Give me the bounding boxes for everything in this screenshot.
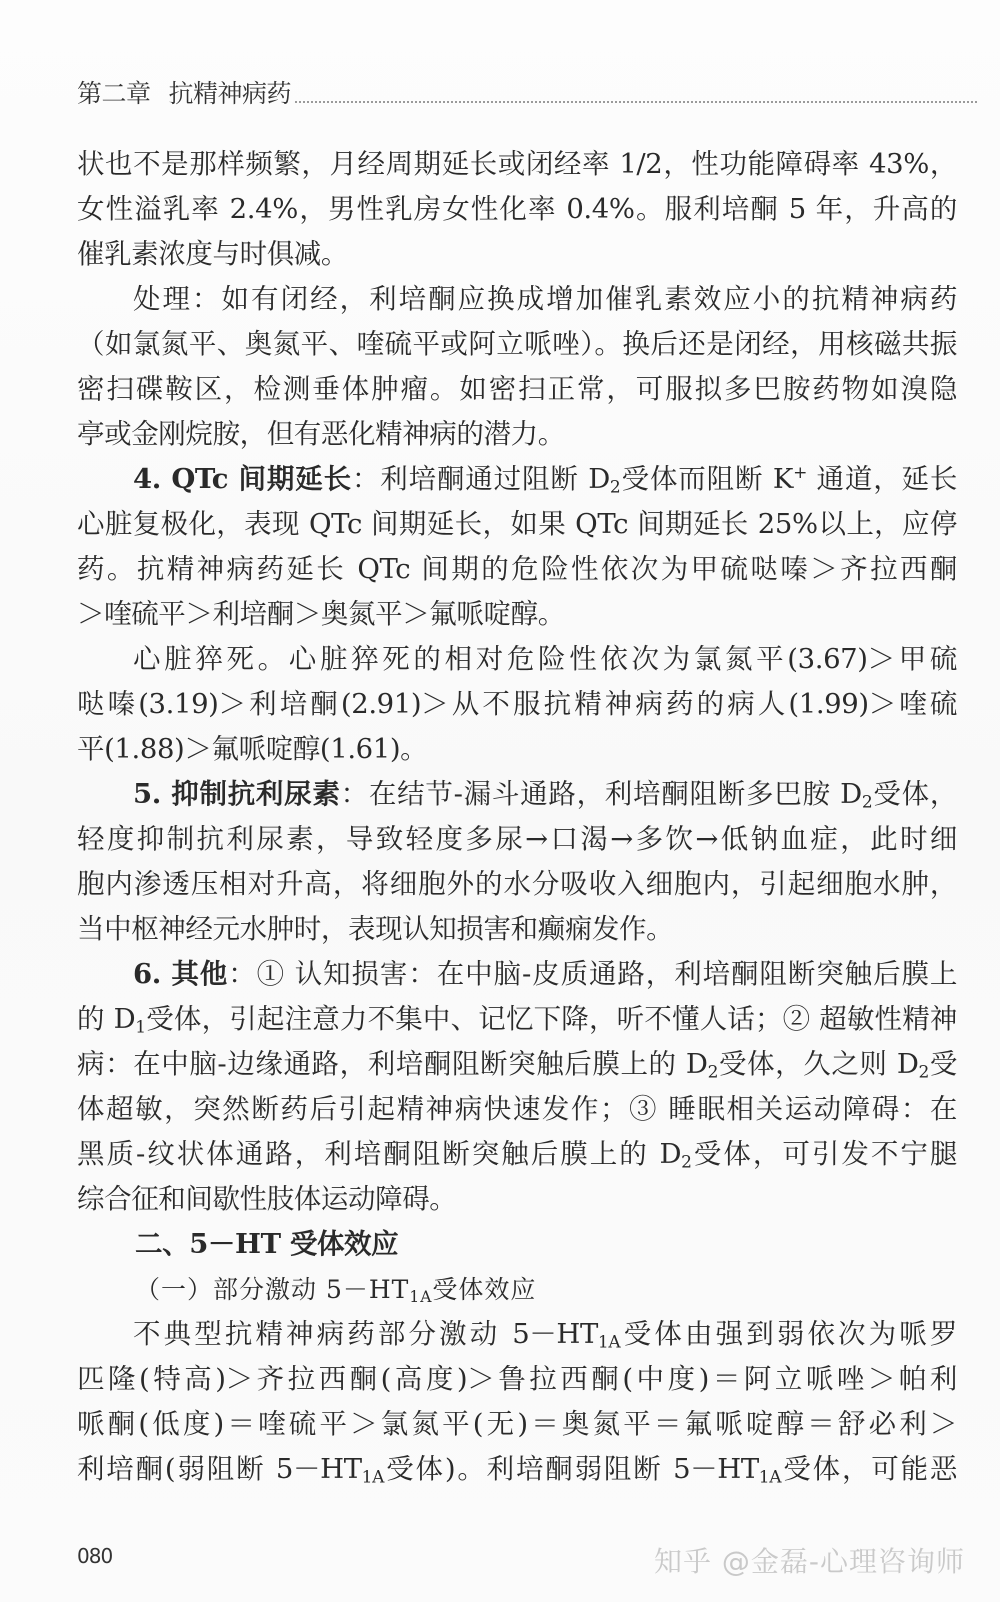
text-line: （如氯氮平、奥氮平、喹硫平或阿立哌唑）。换后还是闭经，用核磁共振 [77,322,957,367]
text-line: 哌酮(低度)＝喹硫平＞氯氮平(无)＝奥氮平＝氟哌啶醇＝舒必利＞ [77,1402,957,1447]
text-line: 女性溢乳率 2.4%，男性乳房女性化率 0.4%。服利培酮 5 年，升高的 [77,187,957,232]
watermark: 知乎 @金磊-心理咨询师 [654,1540,965,1580]
paragraph-prolactin-rates: 状也不是那样频繁，月经周期延长或闭经率 1/2，性功能障碍率 43%， 女性溢乳… [77,142,957,277]
page-number: 080 [77,1544,112,1568]
text-span: 受体)。利培酮弱阻断 5－HT [384,1453,759,1485]
subscript: 2 [708,1062,718,1082]
subscript: 2 [862,792,872,812]
text-line: 黑质-纹状体通路，利培酮阻断突触后膜上的 D2受体，可引发不宁腿 [77,1132,957,1177]
section-heading: 二、5－HT 受体效应 [77,1222,957,1267]
text-span: （一）部分激动 5－HT [135,1275,409,1304]
text-line: 不典型抗精神病药部分激动 5－HT1A受体由强到弱依次为哌罗 [77,1312,957,1357]
text-line: 5. 抑制抗利尿素：在结节-漏斗通路，利培酮阻断多巴胺 D2受体， [77,772,957,817]
paragraph-5ht1a-agonism: 不典型抗精神病药部分激动 5－HT1A受体由强到弱依次为哌罗 匹隆(特高)＞齐拉… [77,1312,957,1492]
text-line: 状也不是那样频繁，月经周期延长或闭经率 1/2，性功能障碍率 43%， [77,142,957,187]
paragraph-qtc-prolongation: 4. QTc 间期延长：利培酮通过阻断 D2受体而阻断 K+ 通道，延长 心脏复… [77,457,957,637]
subscript: 1A [409,1288,432,1306]
text-span: 受体，可引发不宁腿 [692,1138,957,1170]
body-text: 状也不是那样频繁，月经周期延长或闭经率 1/2，性功能障碍率 43%， 女性溢乳… [77,142,957,1492]
subscript: 2 [918,1062,928,1082]
text-line: 匹隆(特高)＞齐拉西酮(高度)＞鲁拉西酮(中度)＝阿立哌唑＞帕利 [77,1357,957,1402]
item-heading: 5. 抑制抗利尿素 [133,778,341,810]
text-span: 黑质-纹状体通路，利培酮阻断突触后膜上的 D [77,1138,681,1170]
text-span: ：① 认知损害：在中脑-皮质通路，利培酮阻断突触后膜上 [228,958,957,990]
text-span: 受体效应 [432,1275,536,1304]
text-line: 平(1.88)＞氟哌啶醇(1.61)。 [77,727,957,772]
subscript: 1A [759,1467,781,1487]
subscript: 1A [362,1467,384,1487]
subscript: 1 [135,1017,145,1037]
text-span: 受体，可能恶 [781,1453,957,1485]
text-span: 受体由强到弱依次为哌罗 [620,1318,957,1350]
subscript: 1A [598,1332,620,1352]
text-span: 不典型抗精神病药部分激动 5－HT [133,1318,598,1350]
text-line: 催乳素浓度与时俱减。 [77,232,957,277]
text-span: 受 [929,1048,957,1080]
text-line: 轻度抑制抗利尿素，导致轻度多尿→口渴→多饮→低钠血症，此时细 [77,817,957,862]
text-line: 当中枢神经元水肿时，表现认知损害和癫痫发作。 [77,907,957,952]
text-line: ＞喹硫平＞利培酮＞奥氮平＞氟哌啶醇。 [77,592,957,637]
text-span: 受体， [872,778,957,810]
paragraph-adh-suppression: 5. 抑制抗利尿素：在结节-漏斗通路，利培酮阻断多巴胺 D2受体， 轻度抑制抗利… [77,772,957,952]
text-line: 4. QTc 间期延长：利培酮通过阻断 D2受体而阻断 K+ 通道，延长 [77,457,957,502]
text-span: ：利培酮通过阻断 D [352,463,610,495]
text-line: 心脏复极化，表现 QTc 间期延长，如果 QTc 间期延长 25%以上，应停 [77,502,957,547]
leader-dots [295,101,977,103]
paragraph-cardiac-death: 心脏猝死。心脏猝死的相对危险性依次为氯氮平(3.67)＞甲硫 哒嗪(3.19)＞… [77,637,957,772]
text-span: 受体而阻断 K [620,463,793,495]
text-line: 6. 其他：① 认知损害：在中脑-皮质通路，利培酮阻断突触后膜上 [77,952,957,997]
text-line: 病：在中脑-边缘通路，利培酮阻断突触后膜上的 D2受体，久之则 D2受 [77,1042,957,1087]
item-heading: 4. QTc 间期延长 [133,463,352,495]
text-line: 综合征和间歇性肢体运动障碍。 [77,1177,957,1222]
paragraph-treatment: 处理：如有闭经，利培酮应换成增加催乳素效应小的抗精神病药 （如氯氮平、奥氮平、喹… [77,277,957,457]
text-span: ：在结节-漏斗通路，利培酮阻断多巴胺 D [341,778,862,810]
subscript: 2 [610,477,620,497]
text-line: 亭或金刚烷胺，但有恶化精神病的潜力。 [77,412,957,457]
text-line: 处理：如有闭经，利培酮应换成增加催乳素效应小的抗精神病药 [77,277,957,322]
text-span: 受体，引起注意力不集中、记忆下降，听不懂人话；② 超敏性精神 [146,1003,957,1035]
text-span: 受体，久之则 D [718,1048,918,1080]
superscript: + [793,463,807,483]
text-line: 的 D1受体，引起注意力不集中、记忆下降，听不懂人话；② 超敏性精神 [77,997,957,1042]
text-line: 密扫碟鞍区，检测垂体肿瘤。如密扫正常，可服拟多巴胺药物如溴隐 [77,367,957,412]
subsection-heading: （一）部分激动 5－HT1A受体效应 [77,1267,957,1312]
text-span: 病：在中脑-边缘通路，利培酮阻断突触后膜上的 D [77,1048,708,1080]
chapter-title: 抗精神病药 [169,74,292,110]
text-line: 药。抗精神病药延长 QTc 间期的危险性依次为甲硫哒嗪＞齐拉西酮 [77,547,957,592]
text-line: 体超敏，突然断药后引起精神病快速发作；③ 睡眠相关运动障碍：在 [77,1087,957,1132]
text-span: 通道，延长 [807,463,957,495]
text-line: 哒嗪(3.19)＞利培酮(2.91)＞从不服抗精神病药的病人(1.99)＞喹硫 [77,682,957,727]
text-span: 的 D [77,1003,135,1035]
text-span: 利培酮(弱阻断 5－HT [77,1453,362,1485]
page-footer: 080 知乎 @金磊-心理咨询师 [77,1540,957,1580]
item-heading: 6. 其他 [133,958,228,990]
paragraph-others: 6. 其他：① 认知损害：在中脑-皮质通路，利培酮阻断突触后膜上 的 D1受体，… [77,952,957,1222]
chapter-label: 第二章 [77,74,151,110]
text-line: 胞内渗透压相对升高，将细胞外的水分吸收入细胞内，引起细胞水肿， [77,862,957,907]
text-line: 利培酮(弱阻断 5－HT1A受体)。利培酮弱阻断 5－HT1A受体，可能恶 [77,1447,957,1492]
subscript: 2 [681,1152,691,1172]
running-head: 第二章 抗精神病药 [77,76,977,110]
text-line: 心脏猝死。心脏猝死的相对危险性依次为氯氮平(3.67)＞甲硫 [77,637,957,682]
